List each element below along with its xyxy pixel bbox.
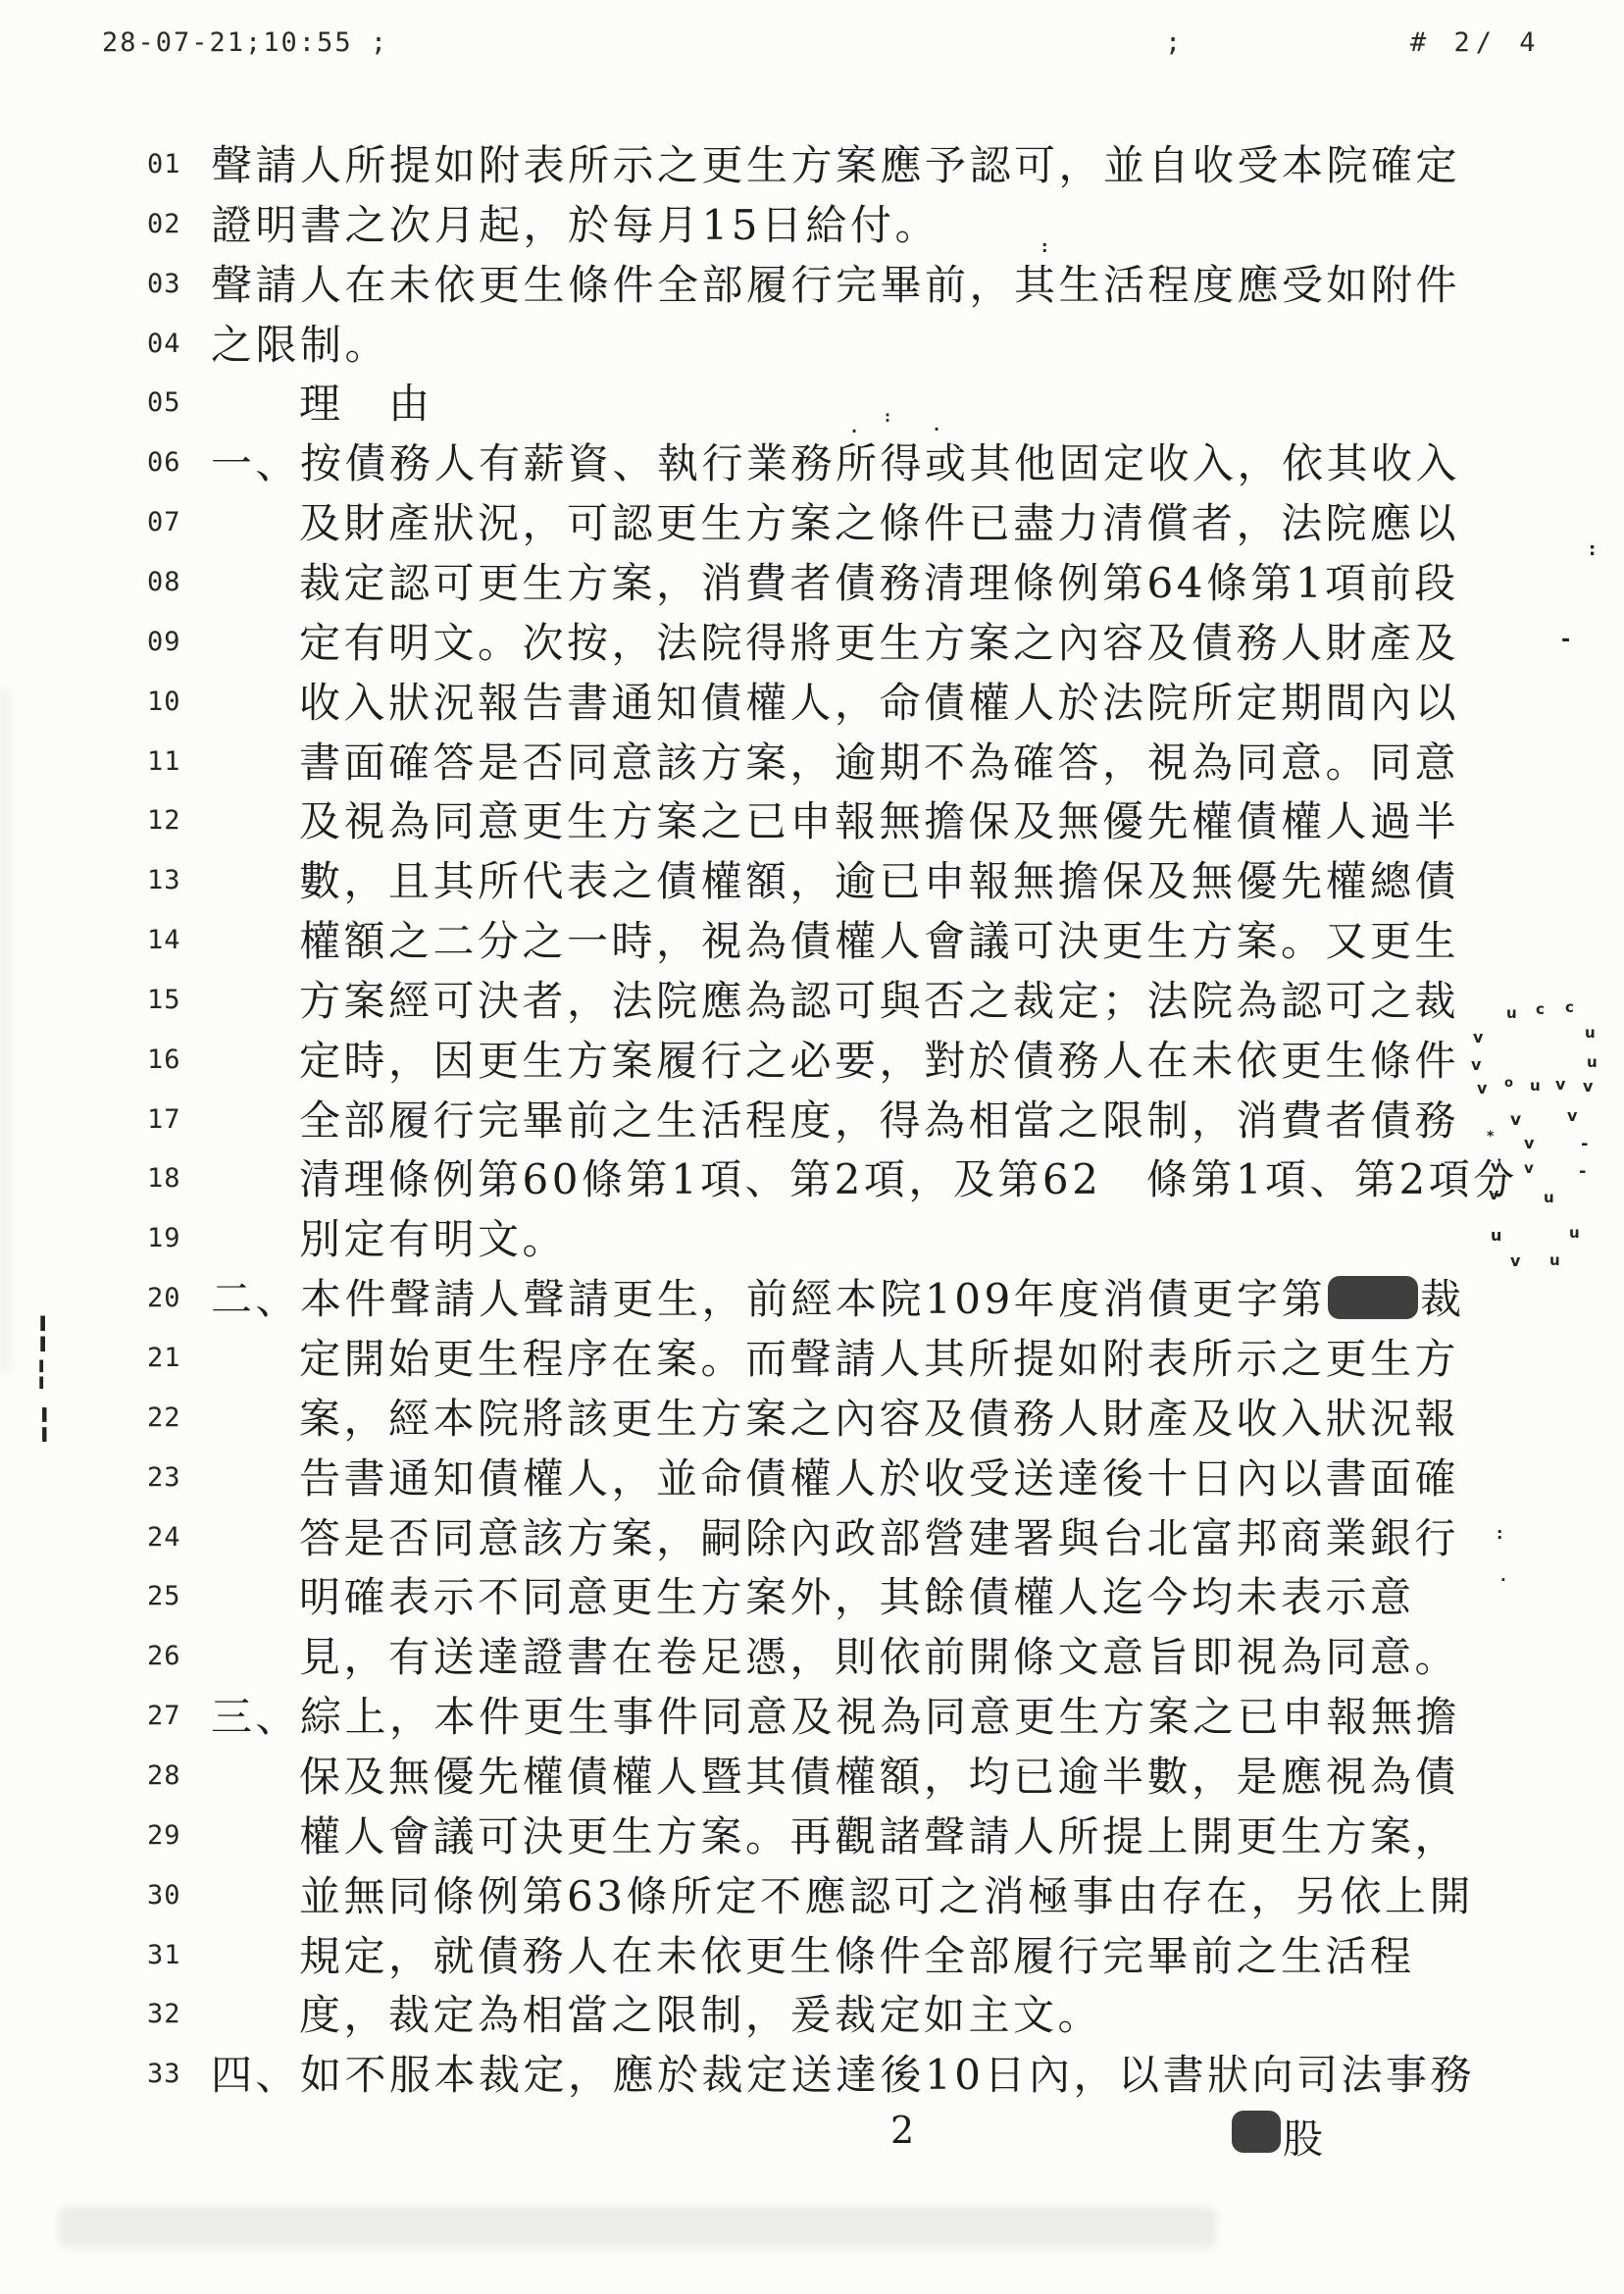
document-line: 28保及無優先權債權人暨其債權額，均已逾半數，是應視為債 (0, 1747, 1624, 1807)
document-line: 12及視為同意更生方案之已申報無擔保及無優先權債權人過半 (0, 791, 1624, 851)
document-line: 21定開始更生程序在案。而聲請人其所提如附表所示之更生方 (0, 1329, 1624, 1389)
scan-artifact: v (1567, 1108, 1577, 1124)
scan-artifact: o (1504, 1077, 1513, 1090)
document-line: 06一、按債務人有薪資、執行業務所得或其他固定收入，依其收入 (0, 433, 1624, 493)
line-text: 證明書之次月起，於每月15日給付。 (211, 195, 939, 255)
scan-artifact: v (1524, 1136, 1534, 1151)
scan-artifact: v (1477, 1081, 1487, 1096)
document-line: 20二、本件聲請人聲請更生，前經本院109年度消債更字第裁 (0, 1269, 1624, 1329)
line-text: 二、本件聲請人聲請更生，前經本院109年度消債更字第裁 (211, 1269, 1465, 1329)
document-line: 04之限制。 (0, 315, 1624, 375)
scan-artifact: : (1589, 541, 1596, 559)
line-text: 聲請人所提如附表所示之更生方案應予認可，並自收受本院確定 (211, 135, 1460, 195)
scan-artifact: u (1569, 1226, 1580, 1241)
scan-artifact: u (1530, 1079, 1541, 1094)
document-line: 19別定有明文。 (0, 1209, 1624, 1269)
line-number: 32 (147, 1999, 181, 2029)
scan-artifact: . (934, 418, 939, 433)
line-number: 29 (147, 1820, 181, 1851)
scan-artifact: v (1489, 1187, 1498, 1202)
document-line: 11書面確答是否同意該方案，逾期不為確答，視為同意。同意 (0, 733, 1624, 792)
line-text: 三、綜上，本件更生事件同意及視為同意更生方案之已申報無擔 (211, 1687, 1460, 1747)
line-text: 及視為同意更生方案之已申報無擔保及無優先權債權人過半 (299, 791, 1459, 851)
scan-artifact: v (1473, 1030, 1483, 1045)
scan-artifact: v (1471, 1057, 1481, 1073)
scan-artifact: : (1041, 239, 1047, 255)
line-number: 23 (147, 1462, 181, 1493)
line-text: 之限制。 (211, 315, 389, 375)
fax-timestamp: 28-07-21;10:55 ; (102, 27, 388, 58)
line-text: 裁定認可更生方案，消費者債務清理條例第64條第1項前段 (299, 553, 1459, 613)
scan-artifact: v (1583, 1079, 1593, 1095)
line-number: 18 (147, 1163, 181, 1194)
document-line: 22案，經本院將該更生方案之內容及債務人財產及收入狀況報 (0, 1389, 1624, 1449)
document-line: 31規定，就債務人在未依更生條件全部履行完畢前之生活程 (0, 1926, 1624, 1986)
line-number: 14 (147, 925, 181, 955)
scan-artifact: ¦ (35, 1310, 50, 1351)
scan-artifact: ¦ (35, 1355, 47, 1389)
scan-artifact: u (1585, 1026, 1596, 1041)
scan-artifact: . (1065, 257, 1070, 271)
scan-artifact: - (1581, 1136, 1588, 1153)
line-number: 11 (147, 746, 181, 777)
scan-artifact: u (1544, 1191, 1554, 1205)
document-line: 13數，且其所代表之債權額，逾已申報無擔保及無優先權總債 (0, 851, 1624, 911)
line-text: 別定有明文。 (299, 1209, 567, 1269)
line-text: 答是否同意該方案，嗣除內政部營建署與台北富邦商業銀行 (299, 1508, 1459, 1568)
scan-artifact: v (1555, 1077, 1565, 1093)
fax-page-indicator: # 2/ 4 (1410, 27, 1542, 58)
line-number: 21 (147, 1343, 181, 1373)
line-number: 15 (147, 985, 181, 1015)
scan-artifact: u (1549, 1253, 1560, 1268)
document-line: 25明確表示不同意更生方案外，其餘債權人迄今均未表示意 (0, 1567, 1624, 1627)
line-number: 06 (147, 447, 181, 478)
scan-artifact: - (1561, 630, 1570, 651)
document-line: 16定時，因更生方案履行之必要，對於債務人在未依更生條件 (0, 1031, 1624, 1091)
scan-artifact: v (1510, 1112, 1521, 1129)
document-line: 18清理條例第60條第1項、第2項，及第62 條第1項、第2項分 (0, 1149, 1624, 1209)
line-text: 書面確答是否同意該方案，逾期不為確答，視為同意。同意 (299, 733, 1459, 792)
line-text: 權人會議可決更生方案。再觀諸聲請人所提上開更生方案， (299, 1807, 1459, 1866)
line-number: 19 (147, 1223, 181, 1253)
scan-artifact: u (1506, 1006, 1517, 1021)
document-line: 24答是否同意該方案，嗣除內政部營建署與台北富邦商業銀行 (0, 1508, 1624, 1568)
line-text: 並無同條例第63條所定不應認可之消極事由存在，另依上開 (299, 1866, 1474, 1926)
fax-separator: ; (1165, 27, 1183, 58)
scan-artifact: * (1487, 1130, 1494, 1144)
redaction-box (1328, 1276, 1418, 1319)
line-text: 數，且其所代表之債權額，逾已申報無擔保及無優先權總債 (299, 851, 1459, 911)
line-number: 25 (147, 1581, 181, 1611)
line-number: 04 (147, 329, 181, 359)
line-text: 全部履行完畢前之生活程度，得為相當之限制，消費者債務 (299, 1091, 1459, 1150)
line-text: 保及無優先權債權人暨其債權額，均已逾半數，是應視為債 (299, 1747, 1459, 1807)
line-text: 案，經本院將該更生方案之內容及債務人財產及收入狀況報 (299, 1389, 1459, 1449)
line-text: 理 由 (299, 374, 433, 433)
line-number: 26 (147, 1641, 181, 1671)
document-line: 01聲請人所提如附表所示之更生方案應予認可，並自收受本院確定 (0, 135, 1624, 195)
line-number: 27 (147, 1701, 181, 1731)
scan-artifact: v (1510, 1253, 1520, 1269)
document-line: 27三、綜上，本件更生事件同意及視為同意更生方案之已申報無擔 (0, 1687, 1624, 1747)
line-number: 24 (147, 1522, 181, 1553)
line-number: 09 (147, 627, 181, 657)
redaction-box (1232, 2111, 1281, 2153)
line-text: 四、如不服本裁定，應於裁定送達後10日內，以書狀向司法事務 (211, 2045, 1475, 2105)
document-line: 23告書通知債權人，並命債權人於收受送達後十日內以書面確 (0, 1449, 1624, 1508)
document-line: 02證明書之次月起，於每月15日給付。 (0, 195, 1624, 255)
scan-artifact: u (1587, 1055, 1598, 1070)
line-text: 清理條例第60條第1項、第2項，及第62 條第1項、第2項分 (299, 1149, 1518, 1209)
document-line: 09定有明文。次按，法院得將更生方案之內容及債務人財產及 (0, 613, 1624, 673)
document-line: 10收入狀況報告書通知債權人，命債權人於法院所定期間內以 (0, 673, 1624, 733)
line-number: 05 (147, 387, 181, 418)
document-line: 07及財產狀況，可認更生方案之條件已盡力清償者，法院應以 (0, 493, 1624, 553)
line-number: 16 (147, 1045, 181, 1075)
scan-artifact: c (1536, 1002, 1545, 1017)
document-line: 03聲請人在未依更生條件全部履行完畢前，其生活程度應受如附件 (0, 255, 1624, 315)
line-number: 22 (147, 1402, 181, 1433)
scan-artifact: v (1524, 1161, 1534, 1176)
line-number: 08 (147, 567, 181, 597)
line-text: 及財產狀況，可認更生方案之條件已盡力清償者，法院應以 (299, 493, 1459, 553)
line-text: 定時，因更生方案履行之必要，對於債務人在未依更生條件 (299, 1031, 1459, 1091)
document-line: 08裁定認可更生方案，消費者債務清理條例第64條第1項前段 (0, 553, 1624, 613)
paper-smudge (59, 2207, 1216, 2248)
line-text: 規定，就債務人在未依更生條件全部履行完畢前之生活程 (299, 1926, 1415, 1986)
document-line: 29權人會議可決更生方案。再觀諸聲請人所提上開更生方案， (0, 1807, 1624, 1866)
scan-artifact: . (1500, 1569, 1506, 1584)
line-text: 明確表示不同意更生方案外，其餘債權人迄今均未表示意 (299, 1567, 1415, 1627)
paper-smudge (0, 687, 10, 1373)
document-line: 33四、如不服本裁定，應於裁定送達後10日內，以書狀向司法事務 (0, 2045, 1624, 2105)
line-number: 07 (147, 507, 181, 537)
line-number: 02 (147, 209, 181, 239)
line-text: 收入狀況報告書通知債權人，命債權人於法院所定期間內以 (299, 673, 1459, 733)
line-number: 12 (147, 805, 181, 836)
line-number: 17 (147, 1104, 181, 1135)
scan-artifact: : (885, 410, 890, 425)
document-line: 17全部履行完畢前之生活程度，得為相當之限制，消費者債務 (0, 1091, 1624, 1150)
scan-artifact: ¦ (37, 1402, 52, 1442)
scan-artifact: v (1491, 1159, 1500, 1175)
line-text: 度，裁定為相當之限制，爰裁定如主文。 (299, 1985, 1102, 2045)
line-number: 20 (147, 1283, 181, 1313)
line-text: 見，有送達證書在卷足憑，則依前開條文意旨即視為同意。 (299, 1627, 1459, 1687)
line-number: 13 (147, 865, 181, 895)
scan-artifact: : (1497, 1526, 1502, 1542)
line-number: 30 (147, 1880, 181, 1911)
line-text: 告書通知債權人，並命債權人於收受送達後十日內以書面確 (299, 1449, 1459, 1508)
page-number: 2 (890, 2109, 914, 2152)
line-number: 03 (147, 269, 181, 299)
document-line: 15方案經可決者，法院應為認可與否之裁定；法院為認可之裁 (0, 971, 1624, 1031)
document-line: 30並無同條例第63條所定不應認可之消極事由存在，另依上開 (0, 1866, 1624, 1926)
line-text: 聲請人在未依更生條件全部履行完畢前，其生活程度應受如附件 (211, 255, 1460, 315)
line-number: 28 (147, 1760, 181, 1791)
line-text: 權額之二分之一時，視為債權人會議可決更生方案。又更生 (299, 911, 1459, 971)
scan-artifact: u (1491, 1228, 1501, 1244)
line-number: 01 (147, 149, 181, 179)
document-line: 32度，裁定為相當之限制，爰裁定如主文。 (0, 1985, 1624, 2045)
scan-artifact: - (1579, 1163, 1586, 1181)
scanned-court-document-page: 28-07-21;10:55 ; ; # 2/ 4 01聲請人所提如附表所示之更… (0, 0, 1624, 2294)
scan-artifact: c (1565, 1000, 1574, 1015)
line-text: 方案經可決者，法院應為認可與否之裁定；法院為認可之裁 (299, 971, 1459, 1031)
scan-artifact: . (851, 420, 857, 435)
document-line: 14權額之二分之一時，視為債權人會議可決更生方案。又更生 (0, 911, 1624, 971)
document-line: 05理 由 (0, 374, 1624, 433)
line-text: 定開始更生程序在案。而聲請人其所提如附表所示之更生方 (299, 1329, 1459, 1389)
line-number: 33 (147, 2059, 181, 2089)
clerk-stamp-label: 股 (1283, 2107, 1323, 2165)
line-text: 定有明文。次按，法院得將更生方案之內容及債務人財產及 (299, 613, 1459, 673)
fax-header: 28-07-21;10:55 ; ; # 2/ 4 (0, 27, 1624, 67)
line-number: 10 (147, 687, 181, 717)
line-text: 一、按債務人有薪資、執行業務所得或其他固定收入，依其收入 (211, 433, 1460, 493)
line-number: 31 (147, 1940, 181, 1970)
document-line: 26見，有送達證書在卷足憑，則依前開條文意旨即視為同意。 (0, 1627, 1624, 1687)
